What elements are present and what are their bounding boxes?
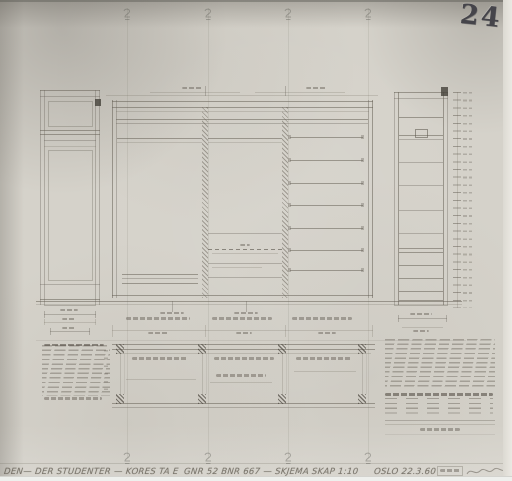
cabinet-rail-line	[99, 90, 100, 305]
fold-stamp-icon	[122, 8, 132, 21]
top-compartment-outline	[48, 101, 93, 127]
cabinet-rail-line	[95, 90, 96, 305]
plan-post-hatch	[358, 394, 366, 404]
plan-post-hatch	[198, 394, 206, 404]
plan-post-hatch	[278, 344, 286, 354]
shelf-line	[290, 270, 363, 271]
plan-shelf-line	[126, 379, 196, 380]
shelf-bracket	[361, 135, 364, 139]
bay-label	[292, 317, 352, 320]
corner-block	[441, 87, 448, 96]
drawing-sheet: 24 DEN— DER STUDENTER — KORES TA E GNR 5…	[0, 0, 512, 481]
drawer-pull	[240, 244, 250, 246]
drawing-artwork	[0, 0, 512, 481]
fold-stamp-icon	[283, 8, 293, 21]
plan-label	[216, 374, 266, 377]
drawer-line	[208, 233, 282, 234]
dimension-chain-numbers	[463, 92, 472, 308]
shelf-bracket	[361, 203, 364, 207]
cabinet-rail-line	[44, 90, 45, 305]
shelf-line	[290, 183, 363, 184]
dimension-tick	[89, 328, 90, 335]
rail-line	[117, 138, 202, 139]
dimension-label	[236, 332, 252, 334]
dimension-label	[182, 87, 202, 89]
shelf-bracket	[288, 226, 291, 230]
post-hatch	[202, 107, 208, 298]
base-line	[44, 305, 96, 306]
shelf-line	[399, 210, 443, 211]
header-line	[116, 111, 369, 112]
cabinet-rail-line	[443, 92, 444, 305]
bay-label	[212, 317, 272, 320]
plan-shelf-line	[294, 371, 356, 372]
shelf-bracket	[288, 203, 291, 207]
plinth-tick	[172, 301, 173, 312]
fold-stamp-icon	[363, 8, 373, 21]
plan-divider-line	[120, 354, 121, 394]
plan-post-hatch	[278, 394, 286, 404]
rail-line	[208, 142, 282, 143]
dimension-line	[44, 314, 96, 315]
dimension-line	[44, 322, 96, 323]
reference-tick	[285, 86, 286, 96]
shelf-line	[116, 119, 368, 120]
elevation-rail-line	[112, 100, 113, 298]
fold-crease-line	[288, 8, 289, 458]
door-panel-outline	[48, 150, 93, 281]
plinth-label	[234, 312, 258, 314]
shelf-bracket	[288, 248, 291, 252]
plan-label	[214, 357, 274, 360]
fold-stamp-icon	[203, 8, 213, 21]
table-header-row	[385, 393, 493, 396]
shelf-bracket	[288, 158, 291, 162]
fold-crease-line	[127, 8, 128, 458]
dimension-label	[60, 309, 78, 311]
cabinet-top-line	[394, 98, 448, 99]
bay-label	[126, 317, 190, 320]
small-box-outline	[415, 129, 428, 138]
bench-line	[122, 283, 198, 284]
fold-stamp-icon	[283, 452, 293, 465]
dimension-line	[112, 330, 373, 331]
plinth-tick	[246, 301, 247, 312]
plan-divider-line	[282, 354, 283, 394]
dimension-tick	[44, 319, 45, 325]
plan-divider-line	[202, 354, 203, 394]
drawer-line	[399, 265, 443, 266]
table-rule	[385, 420, 495, 421]
dimension-line	[398, 318, 447, 319]
elevation-rail-line	[368, 100, 369, 298]
plan-divider-line	[286, 354, 287, 394]
drawer-line	[399, 278, 443, 279]
dimension-label	[62, 327, 76, 329]
scan-edge-right	[503, 0, 512, 481]
dimension-chain-ticks	[453, 92, 461, 308]
dimension-line	[255, 92, 345, 93]
bench-line	[122, 274, 198, 275]
plan-label	[132, 357, 188, 360]
plan-post-hatch	[116, 394, 124, 404]
dimension-tick	[44, 311, 45, 318]
rail-line	[208, 138, 282, 139]
plan-divider-line	[124, 354, 125, 394]
table-caption	[420, 428, 460, 431]
shelf-bracket	[361, 158, 364, 162]
drawer-line	[208, 263, 282, 264]
cabinet-rail-line	[394, 92, 395, 305]
fold-stamp-icon	[203, 452, 213, 465]
shelf-line	[399, 117, 443, 118]
shelf-bracket	[288, 135, 291, 139]
dimension-label	[413, 330, 429, 332]
header-line	[112, 107, 373, 108]
handwritten-notes-left	[42, 345, 110, 396]
shelf-line	[290, 160, 363, 161]
notes-heading	[44, 344, 104, 346]
shelf-bracket	[288, 181, 291, 185]
plan-divider-line	[206, 354, 207, 394]
drawer-line	[212, 267, 262, 268]
dimension-line	[402, 327, 443, 328]
dimension-label	[410, 313, 432, 315]
sheet-number: 24	[459, 0, 504, 35]
shelf-line	[399, 233, 443, 234]
bench-line	[122, 278, 198, 279]
plan-line	[112, 344, 375, 345]
base-line	[40, 284, 100, 285]
shelf-line	[399, 252, 443, 253]
plan-divider-line	[366, 354, 367, 394]
dimension-label	[318, 332, 336, 334]
shelf-line	[290, 205, 363, 206]
dimension-label	[148, 332, 168, 334]
elevation-rail-line	[116, 100, 117, 298]
shelf-line	[44, 146, 96, 147]
signature-chip	[440, 469, 460, 472]
shelf-line	[116, 123, 368, 124]
plan-line	[112, 349, 375, 350]
reference-tick	[205, 86, 206, 96]
shelf-line	[40, 130, 100, 131]
shelf-line	[290, 228, 363, 229]
base-line	[399, 300, 443, 301]
shelf-line	[44, 140, 96, 141]
shelf-line	[399, 162, 443, 163]
shelf-bracket	[288, 268, 291, 272]
header-line	[112, 101, 373, 102]
plan-post-hatch	[198, 344, 206, 354]
plan-divider-line	[362, 354, 363, 394]
dimension-tick	[372, 325, 373, 337]
shelf-bracket	[361, 248, 364, 252]
drawer-line	[208, 249, 282, 250]
shelf-bracket	[361, 181, 364, 185]
drawer-line	[399, 291, 443, 292]
construction-line	[106, 95, 378, 96]
dimension-tick	[112, 325, 113, 337]
dimension-tick	[398, 315, 399, 322]
shelf-bracket	[361, 268, 364, 272]
dimension-line	[150, 92, 240, 93]
plan-line	[116, 353, 371, 354]
shelf-line	[290, 137, 363, 138]
dimension-tick	[205, 325, 206, 337]
cabinet-top-line	[394, 92, 448, 93]
dimension-tick	[446, 315, 447, 322]
dimension-line	[50, 331, 90, 332]
materials-table	[385, 398, 493, 417]
fold-stamp-icon	[122, 452, 132, 465]
dimension-tick	[95, 319, 96, 325]
plan-post-hatch	[358, 344, 366, 354]
shelf-bracket	[361, 226, 364, 230]
title-rule	[0, 463, 512, 464]
notes-line	[44, 397, 102, 400]
plan-shelf-line	[210, 382, 272, 383]
plan-label	[296, 357, 352, 360]
dimension-label	[306, 87, 326, 89]
base-line	[40, 299, 100, 300]
table-rule	[385, 434, 495, 435]
plan-line	[112, 403, 375, 404]
dimension-tick	[95, 311, 96, 318]
base-line	[112, 295, 373, 296]
shelf-line	[399, 139, 443, 140]
corner-block	[95, 99, 101, 106]
cabinet-top-line	[40, 90, 100, 91]
table-rule	[385, 424, 495, 425]
handwritten-notes-right	[385, 339, 495, 389]
cabinet-rail-line	[398, 92, 399, 305]
rail-line	[117, 142, 202, 143]
shelf-line	[290, 250, 363, 251]
elevation-rail-line	[372, 100, 373, 298]
dimension-tick	[50, 328, 51, 335]
dimension-tick	[285, 325, 286, 337]
cabinet-rail-line	[40, 90, 41, 305]
cabinet-top-line	[40, 96, 100, 97]
shelf-line	[399, 185, 443, 186]
plinth-label	[160, 312, 184, 314]
drawer-line	[208, 277, 282, 278]
plan-line	[112, 407, 375, 408]
shelf-line	[399, 248, 443, 249]
dimension-label	[62, 318, 76, 320]
scan-edge-top	[0, 0, 512, 2]
cabinet-rail-line	[447, 92, 448, 305]
shelf-line	[40, 134, 100, 135]
drawer-line	[212, 253, 278, 254]
scan-edge-bottom	[0, 476, 512, 481]
plan-post-hatch	[116, 344, 124, 354]
fold-stamp-icon	[363, 452, 373, 465]
base-line	[394, 305, 448, 306]
